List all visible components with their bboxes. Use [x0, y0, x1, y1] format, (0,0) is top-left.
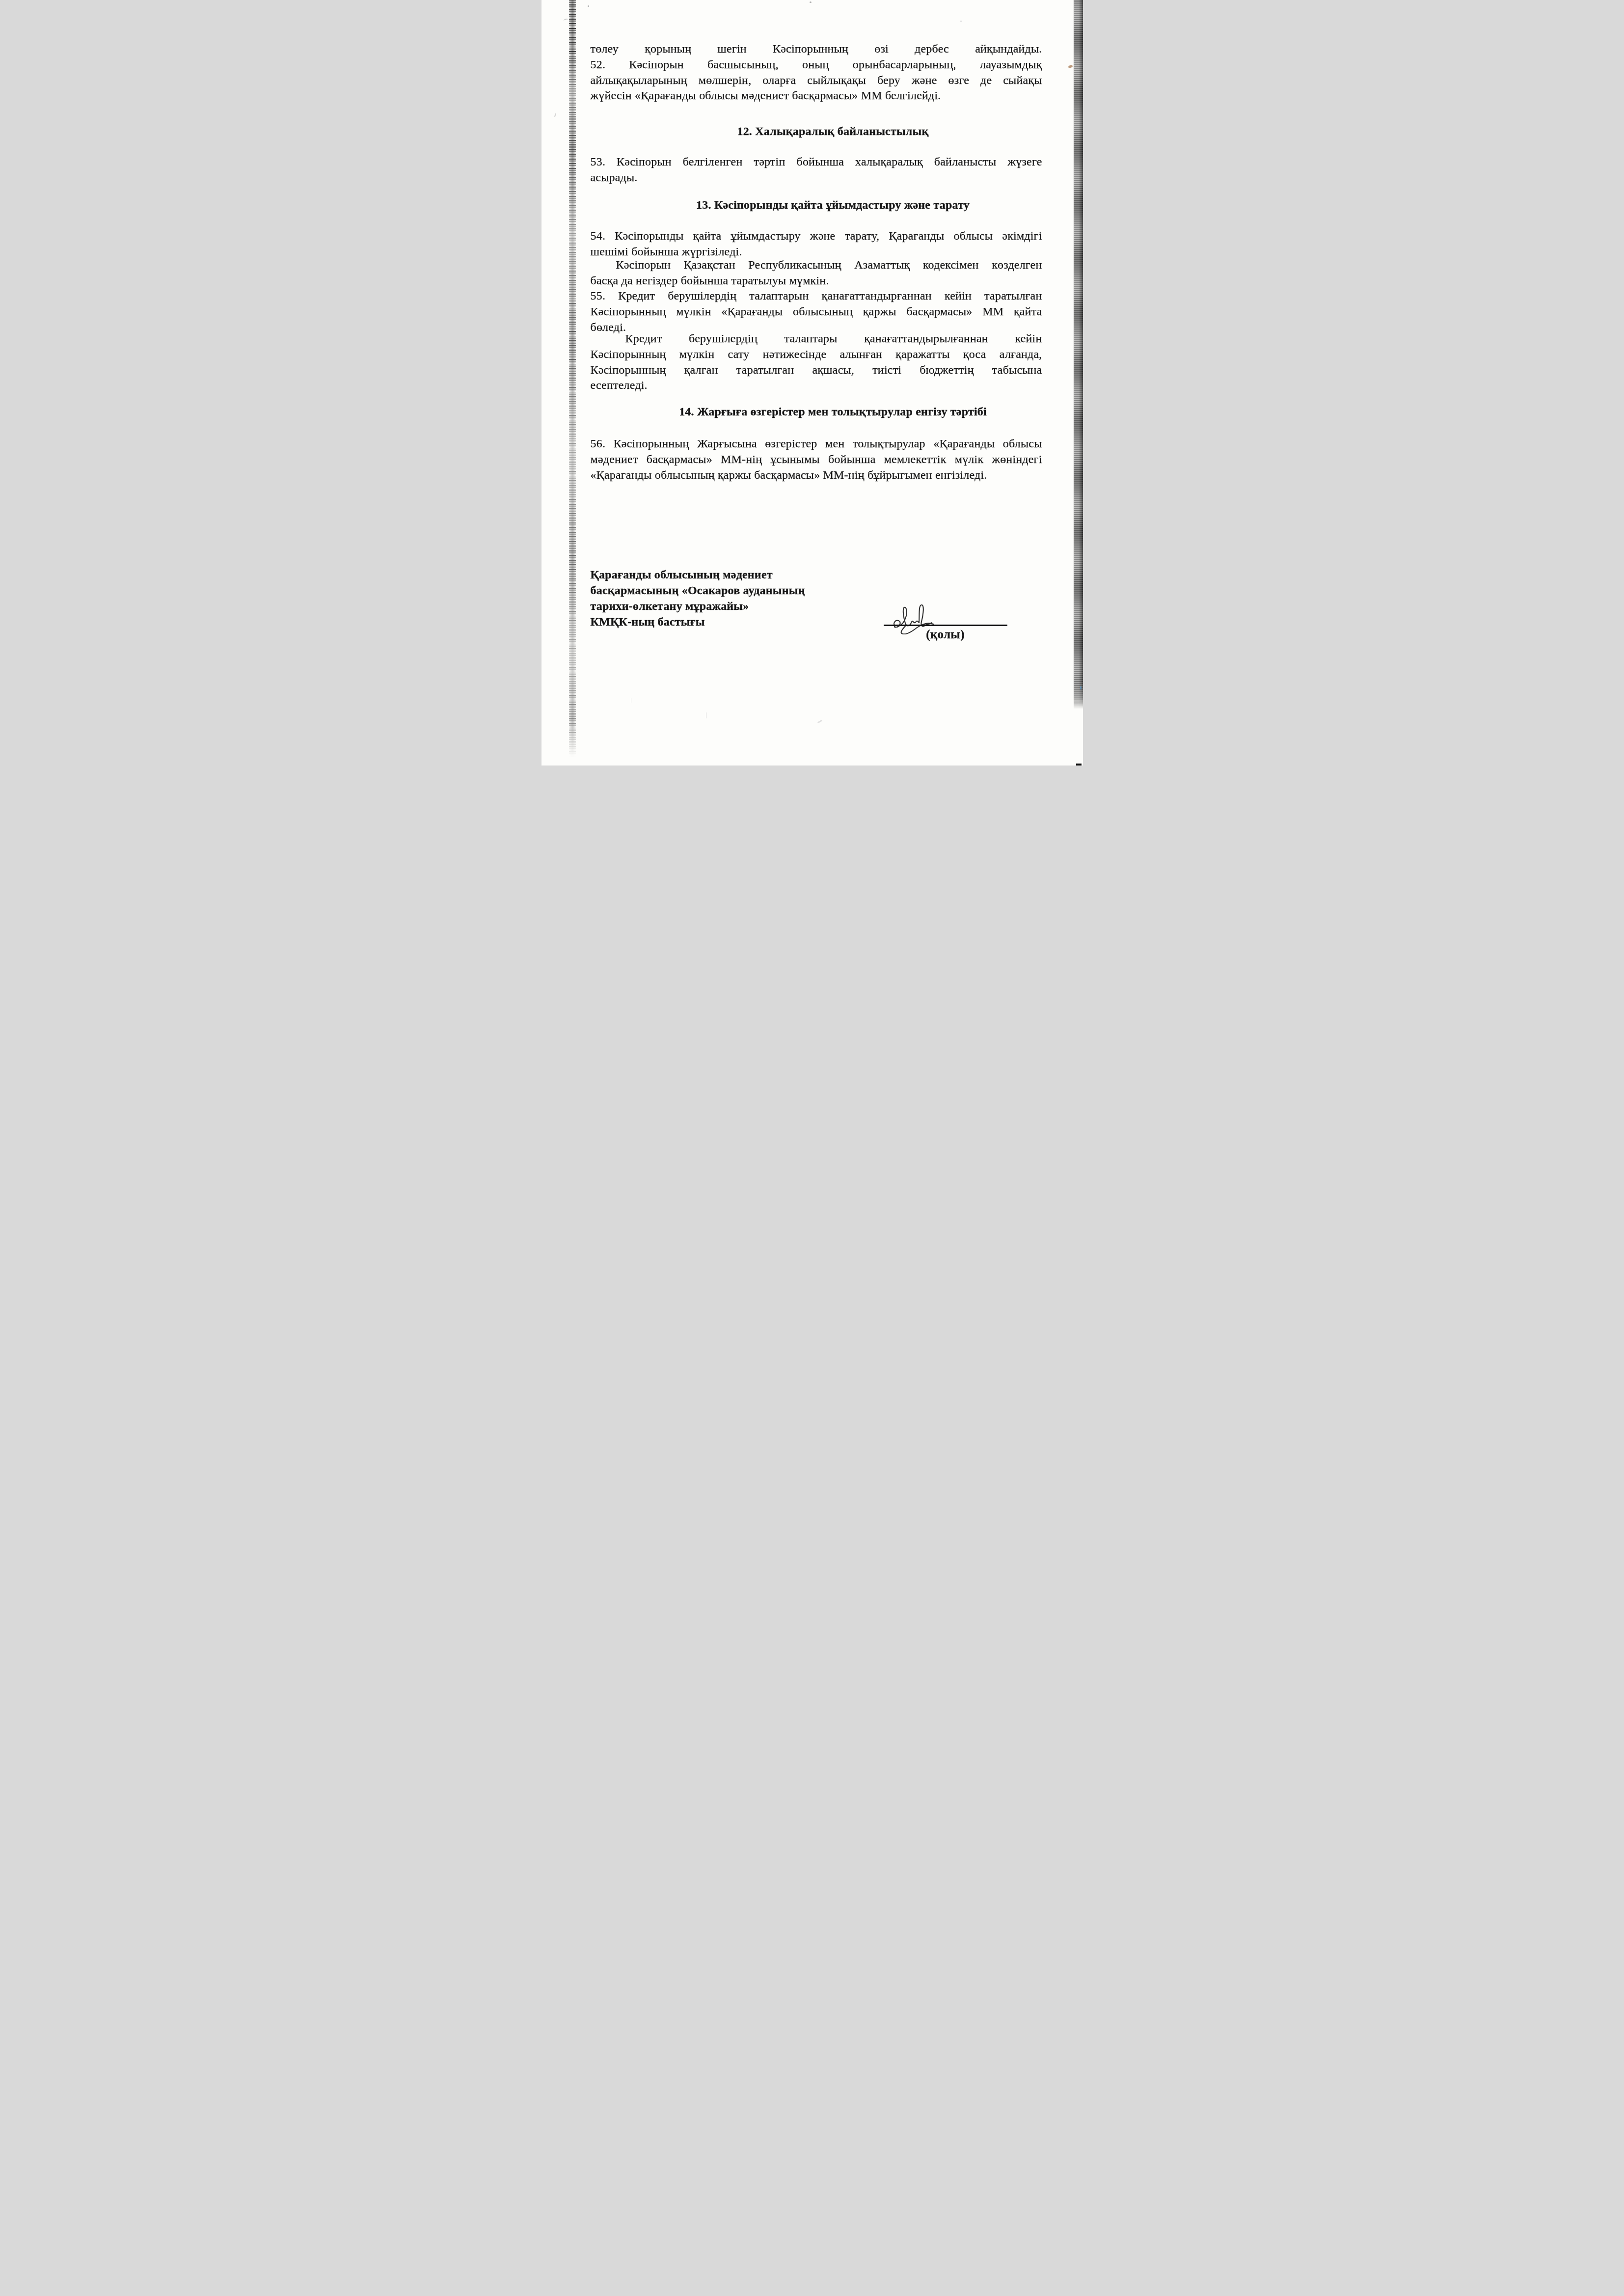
text-line: Қарағанды облысының мәдениет: [591, 568, 895, 583]
text-line: Кәсіпорын Қазақстан Республикасының Азам…: [591, 258, 1042, 273]
text-line: 53. Кәсіпорын белгіленген тәртіп бойынша…: [591, 155, 1042, 170]
scan-speck: [960, 21, 962, 22]
paragraph-54: 54. Кәсіпорынды қайта ұйымдастыру және т…: [591, 229, 1042, 260]
text-line: айлықақыларының мөлшерін, оларға сыйлықа…: [591, 73, 1042, 89]
section-heading-14: 14. Жарғыға өзгерістер мен толықтырулар …: [624, 406, 1042, 419]
text-line: 56. Кәсіпорынның Жарғысына өзгерістер ме…: [591, 437, 1042, 452]
text-line: 52. Кәсіпорын басшысының, оның орынбасар…: [591, 57, 1042, 73]
paragraph-53: 53. Кәсіпорын белгіленген тәртіп бойынша…: [591, 155, 1042, 186]
scanned-document-page: төлеу қорының шегін Кәсіпорынның өзі дер…: [541, 0, 1083, 765]
text-line: Кредит берушілердің талаптары қанағаттан…: [591, 331, 1042, 347]
text-line: асырады.: [591, 170, 1042, 186]
scan-speck: [1068, 65, 1073, 69]
paragraph-52: төлеу қорының шегін Кәсіпорынның өзі дер…: [591, 42, 1042, 104]
paragraph-56: 56. Кәсіпорынның Жарғысына өзгерістер ме…: [591, 437, 1042, 483]
scan-speck: [563, 18, 568, 22]
text-line: басқа да негіздер бойынша таратылуы мүмк…: [591, 273, 1042, 289]
text-line: есептеледі.: [591, 378, 1042, 394]
section-heading-12: 12. Халықаралық байланыстылық: [624, 125, 1042, 138]
paragraph-54a: Кәсіпорын Қазақстан Республикасының Азам…: [591, 258, 1042, 289]
text-line: 55. Кредит берушілердің талаптарын қанағ…: [591, 289, 1042, 304]
left-scan-edge-artifact: [569, 0, 576, 757]
scan-speck: [554, 113, 556, 117]
paragraph-55: 55. Кредит берушілердің талаптарын қанағ…: [591, 289, 1042, 335]
text-line: «Қарағанды облысының қаржы басқармасы» М…: [591, 468, 1042, 484]
signature-line: [884, 625, 1007, 626]
scan-speck: [817, 720, 822, 724]
scan-speck: [631, 698, 631, 703]
text-line: тарихи-өлкетану мұражайы»: [591, 599, 895, 615]
scan-speck: [1080, 686, 1082, 689]
text-line: КМҚК-ның бастығы: [591, 615, 895, 630]
text-line: Кәсіпорынның мүлкін сату нәтижесінде алы…: [591, 347, 1042, 363]
scan-speck: [588, 5, 589, 7]
text-line: жүйесін «Қарағанды облысы мәдениет басқа…: [591, 88, 1042, 104]
bottom-corner-ink-mark: [1076, 764, 1082, 765]
right-scan-edge-artifact: [1074, 0, 1083, 709]
text-line: төлеу қорының шегін Кәсіпорынның өзі дер…: [591, 42, 1042, 57]
text-line: Кәсіпорынның қалған таратылған ақшасы, т…: [591, 363, 1042, 379]
text-line: Кәсіпорынның мүлкін «Қарағанды облысының…: [591, 304, 1042, 320]
text-line: мәдениет басқармасы» ММ-нің ұсынымы бойы…: [591, 452, 1042, 468]
section-heading-13: 13. Кәсіпорынды қайта ұйымдастыру және т…: [624, 199, 1042, 212]
scan-speck: [810, 1, 812, 3]
signature-caption: (қолы): [884, 628, 1007, 642]
paragraph-55a: Кредит берушілердің талаптары қанағаттан…: [591, 331, 1042, 394]
signatory-title-block: Қарағанды облысының мәдениет басқармасын…: [591, 568, 895, 630]
scan-speck: [706, 712, 706, 718]
text-line: 54. Кәсіпорынды қайта ұйымдастыру және т…: [591, 229, 1042, 245]
text-line: басқармасының «Осакаров ауданының: [591, 583, 895, 599]
